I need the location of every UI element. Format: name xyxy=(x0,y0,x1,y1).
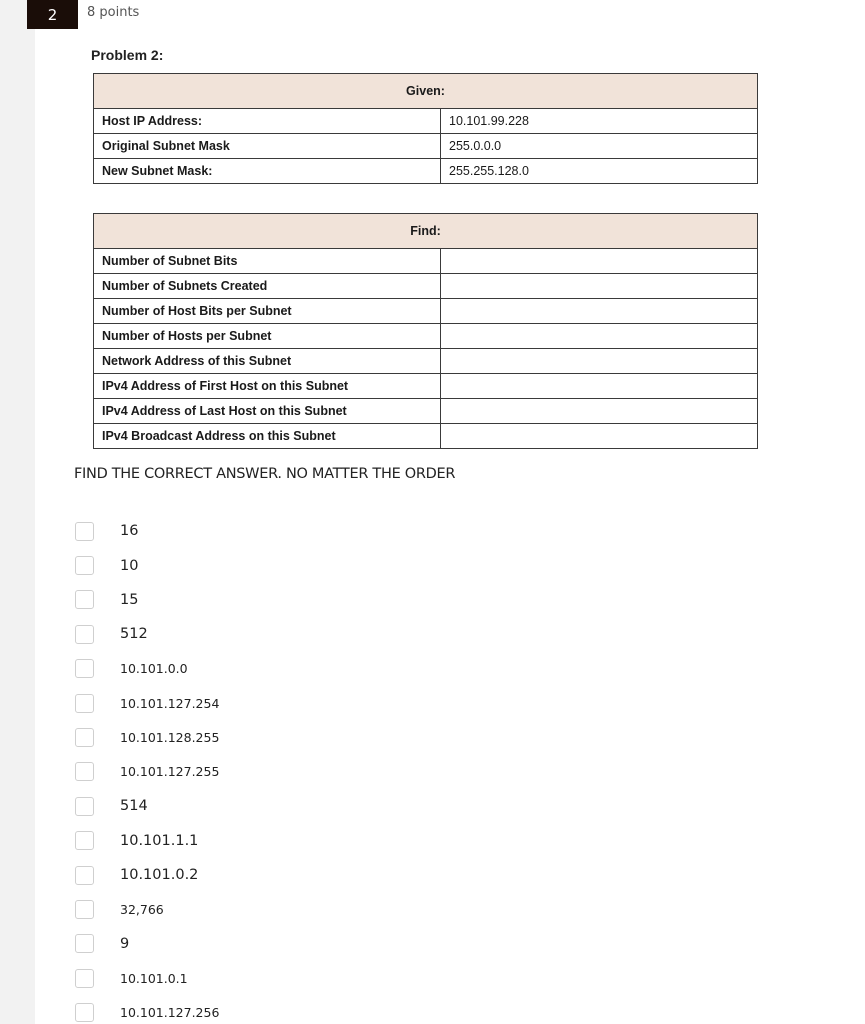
row-label: Number of Subnets Created xyxy=(94,274,441,299)
checkbox[interactable] xyxy=(75,625,94,644)
checkbox[interactable] xyxy=(75,728,94,747)
answer-option[interactable]: 512 xyxy=(75,617,219,651)
table-row: IPv4 Broadcast Address on this Subnet xyxy=(94,424,758,449)
row-label: Number of Hosts per Subnet xyxy=(94,324,441,349)
problem-title: Problem 2: xyxy=(91,47,163,63)
row-value[interactable] xyxy=(441,274,758,299)
table-row: New Subnet Mask:255.255.128.0 xyxy=(94,159,758,184)
row-value: 255.255.128.0 xyxy=(441,159,758,184)
row-value: 10.101.99.228 xyxy=(441,109,758,134)
option-label[interactable]: 514 xyxy=(120,798,148,814)
checkbox[interactable] xyxy=(75,659,94,678)
checkbox[interactable] xyxy=(75,797,94,816)
table-row: Network Address of this Subnet xyxy=(94,349,758,374)
answer-option[interactable]: 32,766 xyxy=(75,892,219,926)
instruction-text: FIND THE CORRECT ANSWER. NO MATTER THE O… xyxy=(74,466,455,482)
row-value[interactable] xyxy=(441,424,758,449)
table-row: Host IP Address:10.101.99.228 xyxy=(94,109,758,134)
answer-option[interactable]: 514 xyxy=(75,789,219,823)
checkbox[interactable] xyxy=(75,556,94,575)
option-label[interactable]: 10.101.128.255 xyxy=(120,730,219,745)
option-label[interactable]: 10.101.1.1 xyxy=(120,833,198,849)
option-label[interactable]: 15 xyxy=(120,592,138,608)
answer-option[interactable]: 10.101.1.1 xyxy=(75,824,219,858)
option-label[interactable]: 10 xyxy=(120,558,138,574)
answer-option[interactable]: 10 xyxy=(75,548,219,582)
answer-option[interactable]: 10.101.127.254 xyxy=(75,686,219,720)
given-table: Given: Host IP Address:10.101.99.228Orig… xyxy=(93,73,758,184)
answer-option[interactable]: 10.101.127.256 xyxy=(75,995,219,1024)
option-label[interactable]: 9 xyxy=(120,936,129,952)
answer-option[interactable]: 10.101.0.1 xyxy=(75,961,219,995)
checkbox[interactable] xyxy=(75,969,94,988)
checkbox[interactable] xyxy=(75,934,94,953)
row-value: 255.0.0.0 xyxy=(441,134,758,159)
row-value[interactable] xyxy=(441,324,758,349)
option-label[interactable]: 16 xyxy=(120,523,138,539)
table-row: IPv4 Address of Last Host on this Subnet xyxy=(94,399,758,424)
option-label[interactable]: 10.101.0.1 xyxy=(120,971,188,986)
table-row: Number of Host Bits per Subnet xyxy=(94,299,758,324)
row-value[interactable] xyxy=(441,399,758,424)
row-label: New Subnet Mask: xyxy=(94,159,441,184)
checkbox[interactable] xyxy=(75,590,94,609)
option-label[interactable]: 10.101.127.254 xyxy=(120,696,219,711)
row-value[interactable] xyxy=(441,349,758,374)
row-label: Original Subnet Mask xyxy=(94,134,441,159)
table-row: Original Subnet Mask255.0.0.0 xyxy=(94,134,758,159)
answer-option[interactable]: 10.101.128.255 xyxy=(75,720,219,754)
answer-option[interactable]: 16 xyxy=(75,514,219,548)
row-label: Host IP Address: xyxy=(94,109,441,134)
option-label[interactable]: 10.101.127.256 xyxy=(120,1005,219,1020)
table-row: Number of Subnet Bits xyxy=(94,249,758,274)
checkbox[interactable] xyxy=(75,866,94,885)
answer-option[interactable]: 10.101.0.0 xyxy=(75,652,219,686)
row-value[interactable] xyxy=(441,249,758,274)
row-label: Number of Host Bits per Subnet xyxy=(94,299,441,324)
left-gutter xyxy=(0,0,35,1024)
row-value[interactable] xyxy=(441,374,758,399)
answer-option[interactable]: 10.101.127.255 xyxy=(75,755,219,789)
answer-option[interactable]: 9 xyxy=(75,927,219,961)
answer-option[interactable]: 15 xyxy=(75,583,219,617)
row-label: Number of Subnet Bits xyxy=(94,249,441,274)
table-row: Number of Subnets Created xyxy=(94,274,758,299)
row-value[interactable] xyxy=(441,299,758,324)
checkbox[interactable] xyxy=(75,694,94,713)
question-number-badge: 2 xyxy=(27,0,78,29)
table-row: IPv4 Address of First Host on this Subne… xyxy=(94,374,758,399)
option-label[interactable]: 10.101.0.0 xyxy=(120,661,188,676)
checkbox[interactable] xyxy=(75,900,94,919)
option-label[interactable]: 512 xyxy=(120,626,148,642)
find-table: Find: Number of Subnet BitsNumber of Sub… xyxy=(93,213,758,449)
answer-option[interactable]: 10.101.0.2 xyxy=(75,858,219,892)
checkbox[interactable] xyxy=(75,522,94,541)
find-table-header: Find: xyxy=(94,214,758,249)
option-label[interactable]: 10.101.0.2 xyxy=(120,867,198,883)
table-row: Number of Hosts per Subnet xyxy=(94,324,758,349)
question-points: 8 points xyxy=(87,5,139,20)
checkbox[interactable] xyxy=(75,831,94,850)
answer-options: 16101551210.101.0.010.101.127.25410.101.… xyxy=(75,514,219,1024)
row-label: IPv4 Address of First Host on this Subne… xyxy=(94,374,441,399)
checkbox[interactable] xyxy=(75,1003,94,1022)
checkbox[interactable] xyxy=(75,762,94,781)
given-table-header: Given: xyxy=(94,74,758,109)
row-label: IPv4 Broadcast Address on this Subnet xyxy=(94,424,441,449)
option-label[interactable]: 10.101.127.255 xyxy=(120,764,219,779)
row-label: IPv4 Address of Last Host on this Subnet xyxy=(94,399,441,424)
row-label: Network Address of this Subnet xyxy=(94,349,441,374)
option-label[interactable]: 32,766 xyxy=(120,902,164,917)
